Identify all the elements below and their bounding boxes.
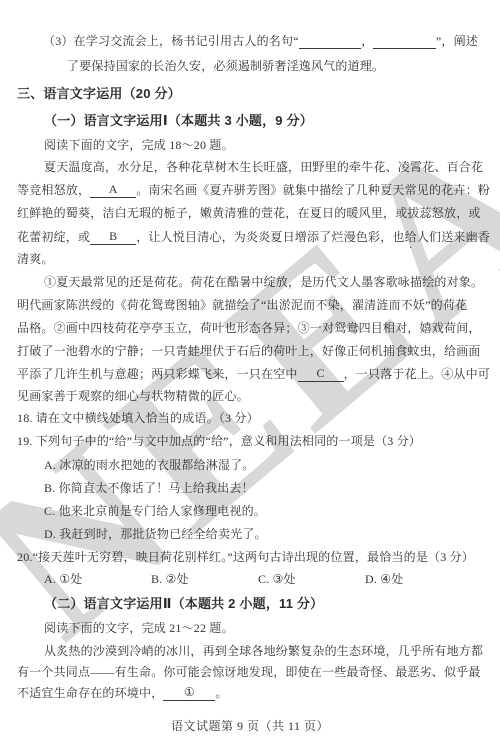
passage-line: 平添了几许生机与意趣；两只彩蝶飞来，一只在空中C，一只落于花上。④从中可	[17, 366, 490, 382]
emphasized-char: 给·	[405, 229, 417, 245]
part2-heading-note: Ⅱ（本题共 2 小题，11 分）	[163, 596, 324, 611]
passage-line: 从炙热的沙漠到冷峭的冰川，再到全球各地纷繁复杂的生态环境，几乎所有地方都	[44, 643, 483, 659]
passage-line: 有一个共同点——有生命。你可能会惊讶地发现，即使在一些最奇怪、最恶劣、似乎最	[17, 664, 481, 680]
emphasis-dot: ·	[409, 246, 413, 252]
part1-heading: （一）语言文字运用Ⅰ（本题共 3 小题，9 分）	[44, 113, 313, 129]
answer-blank	[299, 33, 361, 49]
question-20-options: A. ①处 B. ②处 C. ③处 D. ④处	[44, 571, 484, 587]
question-20-stem: 20.“接天莲叶无穷碧，映日荷花别样红。”这两句古诗出现的位置，最恰当的是（3 …	[17, 549, 474, 565]
passage-line: 夏天温度高，水分足，各种花草树木生长旺盛，田野里的牵牛花、凌霄花、百合花	[44, 159, 483, 175]
question17-part3-line1: （3）在学习交流会上，杨书记引用古人的名句“，”，阐述	[43, 33, 478, 49]
emphasized-char-text: 给	[405, 230, 417, 244]
passage-line: 不适宜生命存在的环境中，①。	[17, 685, 228, 701]
page-footer: 语文试题第 9 页（共 11 页）	[0, 718, 500, 734]
passage-text: ，让人悦目清心，为炎炎夏日增添了烂漫色彩，也	[136, 230, 404, 244]
passage-line: 见画家善于观察的细心与状物精微的匠心。	[17, 388, 249, 404]
question-20-option-d: D. ④处	[365, 571, 472, 587]
question-19-option-d: D. 我赶到时，那批货物已经全给卖光了。	[44, 526, 267, 542]
passage-text: 等竞相怒放，	[17, 183, 90, 197]
passage-line: 等竞相怒放，A。南宋名画《夏卉骈芳图》就集中描绘了几种夏天常见的花卉：粉	[17, 182, 490, 198]
part2-heading-main: （二）语言文字运用	[44, 596, 163, 611]
part1-heading-main: （一）语言文字运用	[44, 113, 163, 128]
passage-line: ①夏天最常见的还是荷花。荷花在酷暑中绽放，是历代文人墨客歌咏描绘的对象。	[44, 274, 483, 290]
question-19-option-b: B. 你简直太不像话了！马上给我出去！	[44, 480, 254, 496]
passage-text: 。	[215, 686, 227, 700]
q3-line1-suffix: ”，阐述	[436, 33, 478, 49]
part2-intro: 阅读下面的文字，完成 21～22 题。	[44, 620, 234, 636]
question-20-option-a: A. ①处	[44, 571, 151, 587]
answer-blank	[373, 33, 435, 49]
question-19-option-a: A. 冰凉的雨水把她的衣服都给淋湿了。	[44, 457, 254, 473]
passage-line: 打破了一池碧水的宁静；一只青蛙埋伏于石后的荷叶上，好像正伺机捕食蚊虫，给画面	[17, 343, 481, 359]
question-20-option-b: B. ②处	[151, 571, 258, 587]
passage-text: 平添了几许生机与意趣；两只彩蝶飞来，一只在空中	[17, 367, 298, 381]
question-19-stem: 19. 下列句子中的“给”与文中加点的“给”，意义和用法相同的一项是（3 分）	[17, 433, 421, 449]
part1-heading-note: Ⅰ（本题共 3 小题，9 分）	[163, 113, 313, 128]
passage-text: 。南宋名画《夏卉骈芳图》就集中描绘了几种夏天常见的花卉：粉	[136, 183, 490, 197]
exam-paper-page: NEEA （3）在学习交流会上，杨书记引用古人的名句“，”，阐述 了要保持国家的…	[0, 0, 500, 746]
q3-line1-prefix: （3）在学习交流会上，杨书记引用古人的名句“	[43, 33, 299, 49]
passage-line: 明代画家陈洪绶的《荷花鸳鸯图轴》就描绘了“出淤泥而不染，濯清涟而不妖”的荷花	[17, 297, 467, 313]
passage-text: 不适宜生命存在的环境中，	[17, 686, 163, 700]
blank-c: C	[298, 366, 344, 382]
passage-line: 花蕾初绽，或B，让人悦目清心，为炎炎夏日增添了烂漫色彩，也给·人们送来幽香	[17, 229, 490, 245]
section-heading: 三、语言文字运用（20 分）	[17, 86, 181, 102]
passage-line: 红鲜艳的蜀葵，洁白无瑕的栀子，嫩黄清雅的萱花，在夏日的暖风里，或拔蕊怒放，或	[17, 205, 481, 221]
blank-b: B	[90, 229, 136, 245]
passage-text: 花蕾初绽，或	[17, 230, 90, 244]
passage-text: 人们送来幽香	[417, 230, 490, 244]
question-19-option-c: C. 他来北京前是专门给人家修理电视的。	[44, 503, 266, 519]
q3-separator: ，	[361, 33, 373, 49]
passage-line: 清爽。	[17, 251, 54, 267]
part1-intro: 阅读下面的文字，完成 18～20 题。	[44, 137, 234, 153]
part2-heading: （二）语言文字运用Ⅱ（本题共 2 小题，11 分）	[44, 596, 323, 612]
question-18: 18. 请在文中横线处填入恰当的成语。（3 分）	[17, 410, 259, 426]
question-20-option-c: C. ③处	[258, 571, 365, 587]
passage-line: 品格。②画中四枝荷花亭亭玉立，荷叶也形态各异；③一对鸳鸯四目相对，嬉戏荷间，	[17, 320, 481, 336]
passage-text: ，一只落于花上。④从中可	[344, 367, 490, 381]
blank-a: A	[90, 182, 136, 198]
question17-part3-line2: 了要保持国家的长治久安，必须遏制骄奢淫逸风气的道理。	[67, 58, 384, 74]
blank-1: ①	[163, 685, 215, 701]
